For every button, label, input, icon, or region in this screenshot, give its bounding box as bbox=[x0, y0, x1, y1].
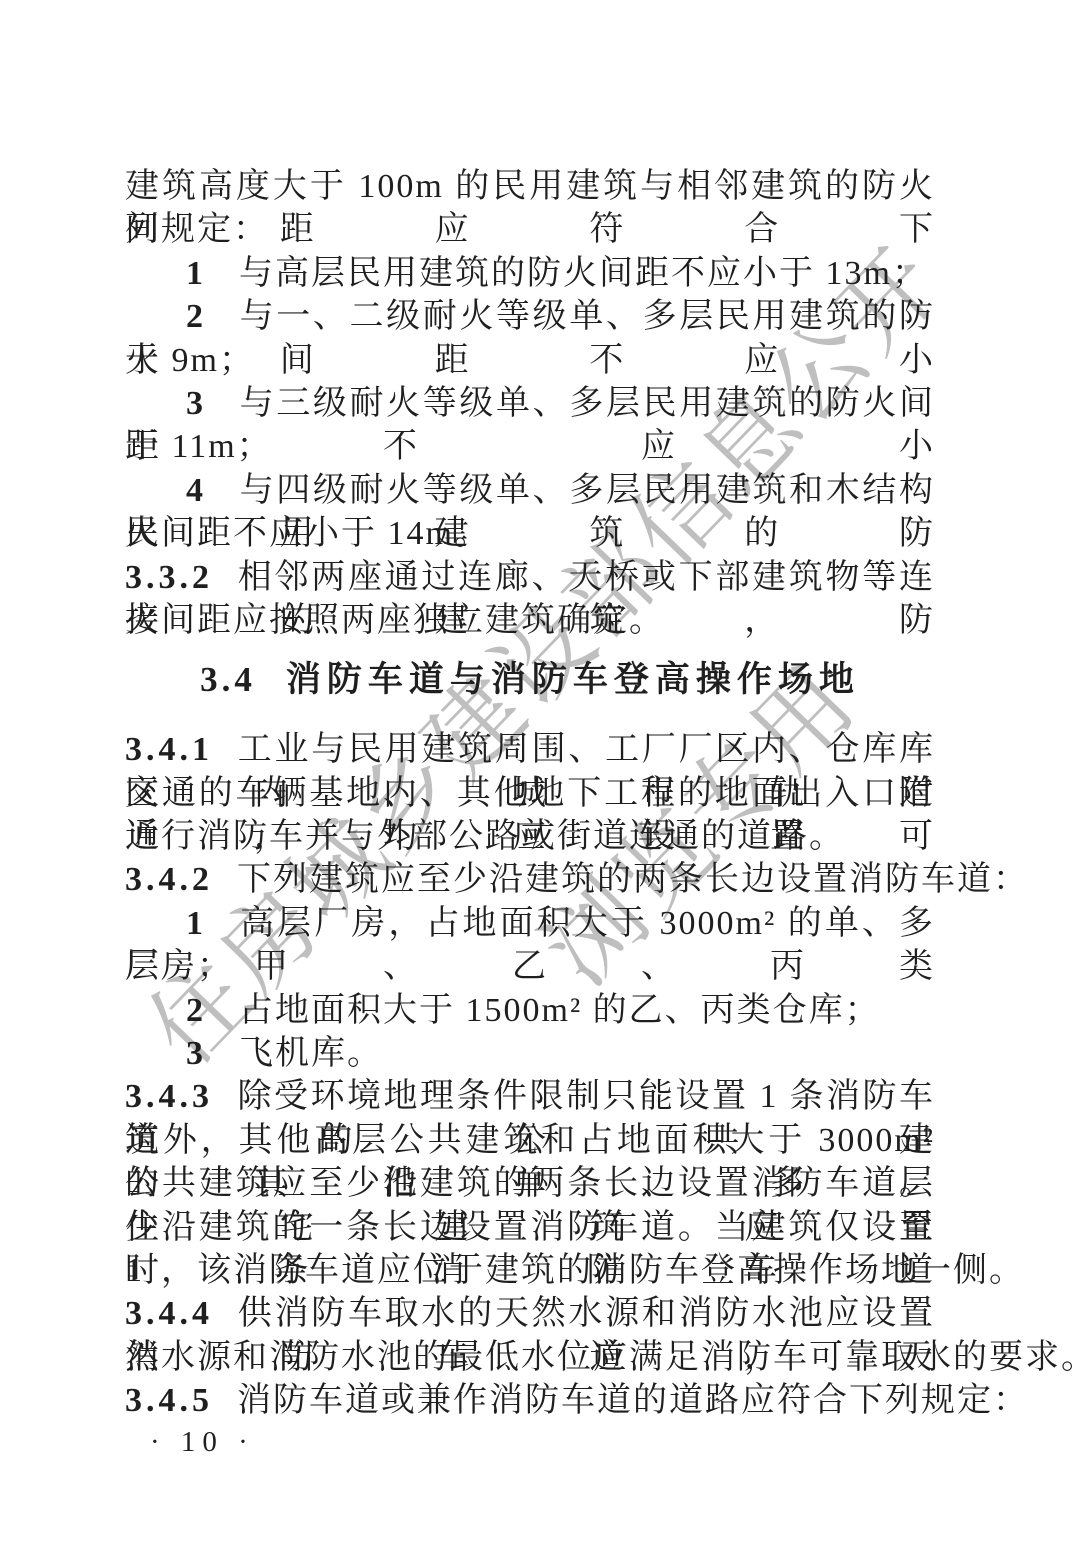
doc-line: 4与四级耐火等级单、多层民用建筑和木结构民用建筑的防 bbox=[125, 469, 935, 512]
item-number: 3 bbox=[186, 1035, 205, 1072]
doc-line: 通行消防车并与外部公路或街道连通的道路。 bbox=[125, 815, 935, 858]
line-text: 通行消防车并与外部公路或街道连通的道路。 bbox=[125, 818, 845, 855]
section-heading: 3.4消防车道与消防车登高操作场地 bbox=[125, 658, 935, 701]
doc-line: 3.4.2下列建筑应至少沿建筑的两条长边设置消防车道： bbox=[125, 858, 935, 901]
clause-number: 3.4.3 bbox=[125, 1078, 213, 1115]
line-text: 火间距应按照两座独立建筑确定。 bbox=[125, 602, 665, 639]
line-text: 高层厂房，占地面积大于 3000m² 的单、多层甲、乙、丙类 bbox=[125, 905, 935, 985]
doc-line: 2与一、二级耐火等级单、多层民用建筑的防火间距不应小 bbox=[125, 295, 935, 338]
item-number: 2 bbox=[186, 992, 205, 1029]
item-number: 2 bbox=[186, 298, 205, 335]
doc-line: 3.4.1工业与民用建筑周围、工厂厂区内、仓库库区内、城市轨道 bbox=[125, 728, 935, 771]
item-number: 1 bbox=[186, 255, 205, 292]
clause-number: 3.3.2 bbox=[125, 559, 213, 596]
line-text: 时，该消防车道应位于建筑的消防车登高操作场地一侧。 bbox=[125, 1252, 1025, 1289]
item-number: 1 bbox=[186, 905, 205, 942]
line-text: 厂房； bbox=[125, 948, 233, 985]
doc-line: 3.3.2相邻两座通过连廊、天桥或下部建筑物等连接的建筑，防 bbox=[125, 556, 935, 599]
line-text: 于 11m； bbox=[125, 428, 273, 465]
section-number: 3.4 bbox=[200, 660, 256, 699]
document-page: 建筑高度大于 100m 的民用建筑与相邻建筑的防火间距应符合下 列规定： 1与高… bbox=[0, 0, 1080, 1460]
clause-number: 3.4.4 bbox=[125, 1295, 213, 1332]
line-text: 然水源和消防水池的最低水位应满足消防车可靠取水的要求。 bbox=[125, 1339, 1080, 1376]
doc-line: 3.4.4供消防车取水的天然水源和消防水池应设置消防车道，天 bbox=[125, 1292, 935, 1335]
doc-line: 3.4.3除受环境地理条件限制只能设置 1 条消防车道的公共建 bbox=[125, 1075, 935, 1118]
doc-line: 1高层厂房，占地面积大于 3000m² 的单、多层甲、乙、丙类 bbox=[125, 902, 935, 945]
clause-number: 3.4.1 bbox=[125, 731, 213, 768]
clause-number: 3.4.5 bbox=[125, 1382, 213, 1419]
doc-line: 然水源和消防水池的最低水位应满足消防车可靠取水的要求。 bbox=[125, 1336, 935, 1379]
item-number: 3 bbox=[186, 385, 205, 422]
doc-line: 公共建筑应至少沿建筑的两条长边设置消防车道。住宅建筑应至 bbox=[125, 1162, 935, 1205]
section-title: 消防车道与消防车登高操作场地 bbox=[286, 660, 860, 699]
doc-line: 建筑高度大于 100m 的民用建筑与相邻建筑的防火间距应符合下 bbox=[125, 165, 935, 208]
doc-line: 3.4.5消防车道或兼作消防车道的道路应符合下列规定： bbox=[125, 1379, 935, 1422]
line-text: 占地面积大于 1500m² 的乙、丙类仓库； bbox=[239, 992, 881, 1029]
item-number: 4 bbox=[186, 472, 205, 509]
doc-line: 2占地面积大于 1500m² 的乙、丙类仓库； bbox=[125, 989, 935, 1032]
line-text: 列规定： bbox=[125, 211, 269, 248]
doc-line: 少沿建筑的一条长边设置消防车道。当建筑仅设置 1 条消防车道 bbox=[125, 1206, 935, 1249]
doc-line: 交通的车辆基地内、其他地下工程的地面出入口附近，均应设置可 bbox=[125, 772, 935, 815]
doc-line: 时，该消防车道应位于建筑的消防车登高操作场地一侧。 bbox=[125, 1249, 935, 1292]
line-text: 下列建筑应至少沿建筑的两条长边设置消防车道： bbox=[237, 861, 1029, 898]
line-text: 火间距不应小于 14m。 bbox=[125, 515, 490, 552]
line-text: 与高层民用建筑的防火间距不应小于 13m； bbox=[239, 255, 928, 292]
line-text: 于 9m； bbox=[125, 342, 255, 379]
line-text: 消防车道或兼作消防车道的道路应符合下列规定： bbox=[237, 1382, 1029, 1419]
page-number: · 10 · bbox=[150, 1424, 935, 1460]
doc-line: 1与高层民用建筑的防火间距不应小于 13m； bbox=[125, 252, 935, 295]
doc-line: 筑外，其他高层公共建筑和占地面积大于 3000m² 的其他单、多层 bbox=[125, 1119, 935, 1162]
doc-line: 3飞机库。 bbox=[125, 1032, 935, 1075]
line-text: 飞机库。 bbox=[239, 1035, 383, 1072]
clause-number: 3.4.2 bbox=[125, 861, 213, 898]
doc-line: 3与三级耐火等级单、多层民用建筑的防火间距不应小 bbox=[125, 382, 935, 425]
